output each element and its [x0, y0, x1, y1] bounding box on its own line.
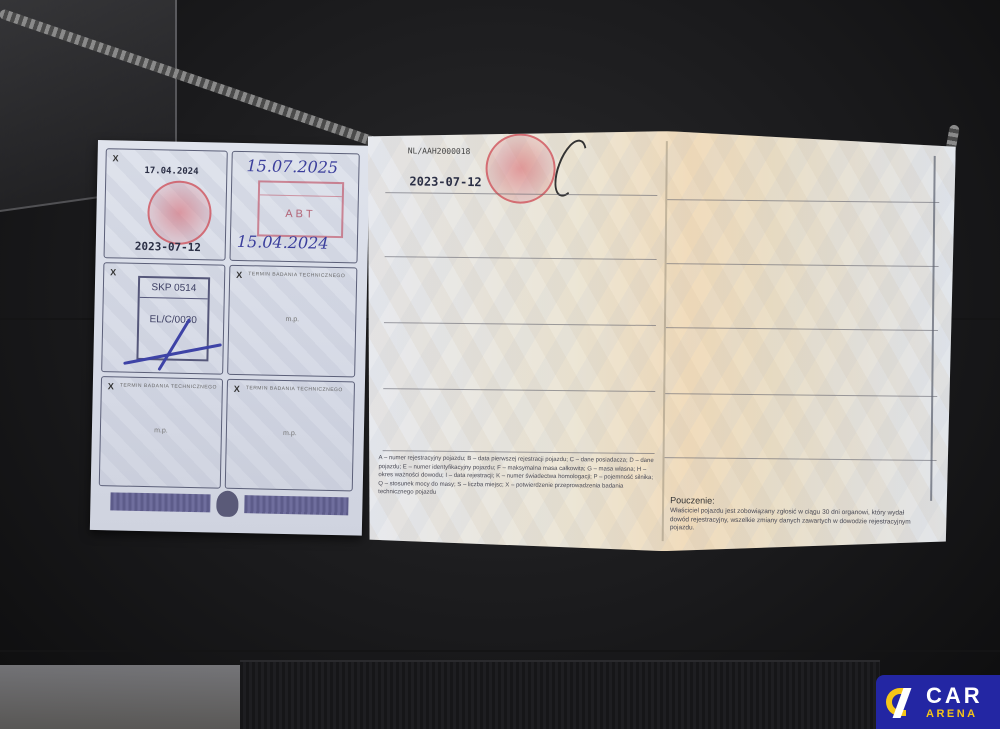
inspection-cell-6: X TERMIN BADANIA TECHNICZNEGO m.p.	[225, 379, 355, 492]
cell-header: TERMIN BADANIA TECHNICZNEGO	[120, 383, 217, 391]
plastic-sheet	[0, 665, 275, 729]
date-top: 17.04.2024	[144, 166, 198, 177]
cell-marker: X	[108, 381, 114, 391]
cell-placeholder: m.p.	[285, 316, 299, 323]
polish-eagle-emblem	[216, 491, 239, 517]
issue-date-stamp: 2023-07-12	[409, 174, 481, 189]
inspection-cell-2: 15.07.2025 ABT 15.04.2024	[229, 151, 359, 264]
inspection-cell-4: X TERMIN BADANIA TECHNICZNEGO m.p.	[227, 265, 357, 378]
wallet-fabric	[240, 660, 880, 729]
skp-stamp-top: SKP 0514	[140, 278, 208, 299]
logo-text-arena: ARENA	[926, 709, 983, 720]
cell-marker: X	[110, 267, 116, 277]
security-band-left	[110, 492, 210, 512]
cell-header: TERMIN BADANIA TECHNICZNEGO	[248, 271, 345, 279]
car-arena-logo-icon	[886, 686, 918, 718]
cell-marker: X	[236, 270, 242, 280]
handwritten-date-top: 15.07.2025	[246, 156, 338, 177]
security-band-right	[244, 495, 348, 515]
inspection-cell-1: X 17.04.2024 2023-07-12	[104, 148, 228, 261]
cell-header: TERMIN BADANIA TECHNICZNEGO	[246, 385, 343, 393]
document-number: NL/AAH2000018	[408, 146, 471, 156]
cell-placeholder: m.p.	[154, 427, 168, 434]
stamp-date: 2023-07-12	[135, 240, 201, 254]
cell-placeholder: m.p.	[283, 430, 297, 437]
leather-seam-2	[0, 650, 1000, 652]
logo-text-car: CAR	[926, 685, 983, 707]
cell-marker: X	[113, 153, 119, 163]
inspection-cell-5: X TERMIN BADANIA TECHNICZNEGO m.p.	[99, 376, 223, 489]
abt-stamp-text: ABT	[259, 207, 341, 221]
car-arena-logo: CAR ARENA	[876, 675, 1000, 729]
inspection-cell-3: X SKP 0514 EL/C/0030	[101, 262, 225, 375]
handwritten-date-bottom: 15.04.2024	[237, 232, 329, 253]
skp-stamp-bottom: EL/C/0030	[139, 314, 207, 326]
registration-right-page: NL/AAH2000018 2023-07-12 A – numer rejes…	[364, 128, 956, 554]
registration-left-page: X 17.04.2024 2023-07-12 15.07.2025 ABT 1…	[90, 140, 370, 536]
official-round-stamp	[147, 180, 212, 245]
cell-marker: X	[234, 384, 240, 394]
field-legend: A – numer rejestracyjny pojazdu; B – dat…	[378, 454, 654, 499]
notice-text: Właściciel pojazdu jest zobowiązany zgło…	[670, 507, 920, 535]
notice-title: Pouczenie:	[670, 495, 715, 505]
abt-stamp: ABT	[257, 180, 344, 238]
